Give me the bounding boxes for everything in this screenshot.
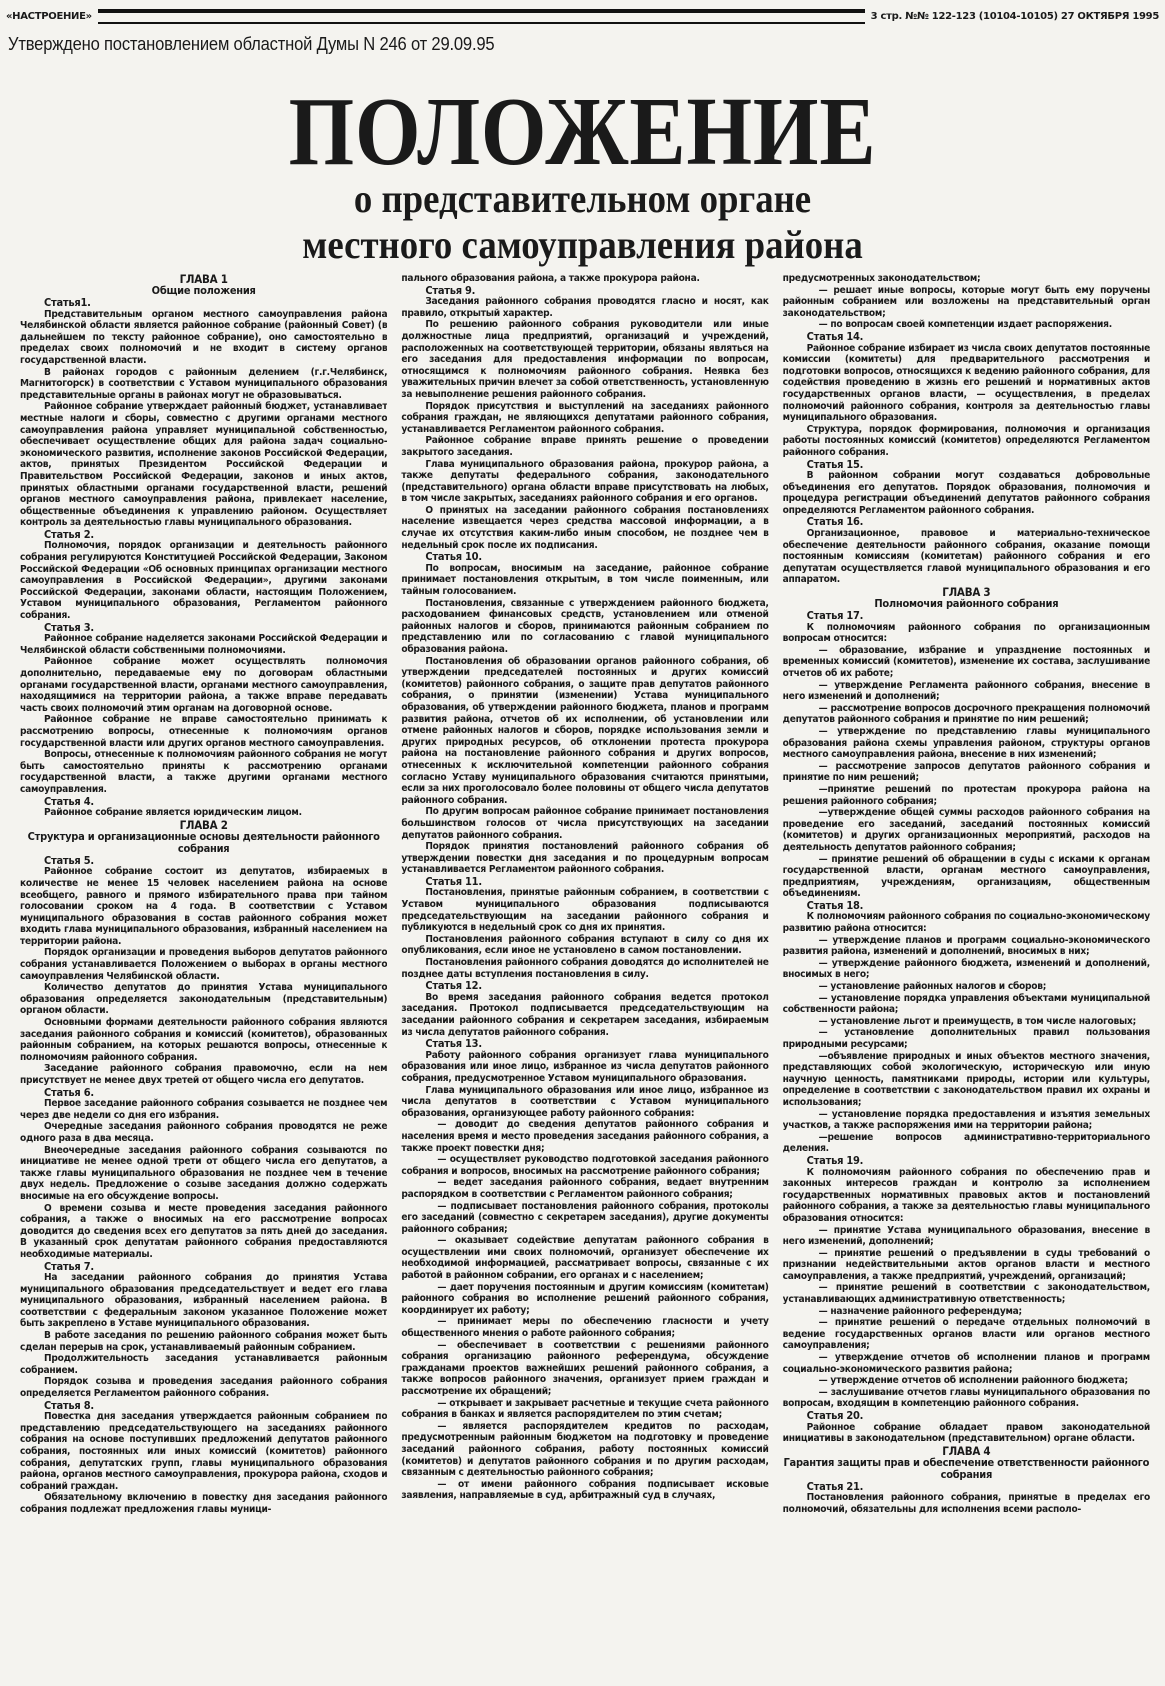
- chapter-title: Структура и организационные основы деяте…: [20, 831, 387, 855]
- paragraph: Во время заседания районного собрания ве…: [401, 992, 768, 1038]
- paragraph: Обязательному включению в повестку дня з…: [20, 1492, 387, 1515]
- article-heading: Статья 14.: [783, 331, 1150, 343]
- list-item: — установление районных налогов и сборов…: [783, 981, 1150, 993]
- paragraph: В районах городов с районным делением (г…: [20, 367, 387, 402]
- paragraph: Работу районного собрания организует гла…: [401, 1050, 768, 1085]
- paragraph: Районное собрание может осуществлять пол…: [20, 656, 387, 714]
- paragraph: О принятых на заседании районного собран…: [401, 505, 768, 551]
- paragraph: Структура, порядок формирования, полномо…: [783, 424, 1150, 459]
- masthead: «НАСТРОЕНИЕ» 3 стр. №№ 122-123 (10104-10…: [6, 6, 1159, 26]
- article-heading: Статья 3.: [20, 622, 387, 634]
- list-item: — рассмотрение запросов депутатов районн…: [783, 761, 1150, 784]
- article-heading: Статья 6.: [20, 1087, 387, 1099]
- paragraph: В районном собрании могут создаваться до…: [783, 470, 1150, 516]
- list-item: — установление дополнительных правил пол…: [783, 1027, 1150, 1050]
- column-1: ГЛАВА 1Общие положенияСтатья1.Представит…: [20, 273, 387, 1673]
- article-heading: Статья 20.: [783, 1410, 1150, 1422]
- paragraph-continued: предусмотренных законодательством;: [783, 273, 1150, 285]
- paragraph: Постановления, связанные с утверждением …: [401, 598, 768, 656]
- paragraph: Порядок созыва и проведения заседания ра…: [20, 1376, 387, 1399]
- paragraph: Районное собрание избирает из числа свои…: [783, 343, 1150, 424]
- list-item: — принимает меры по обеспечению гласност…: [401, 1316, 768, 1339]
- paragraph: К полномочиям районного собрания по соци…: [783, 911, 1150, 934]
- paragraph: Постановления, принятые районным собрани…: [401, 887, 768, 933]
- list-item: — ведет заседания районного собрания, ве…: [401, 1177, 768, 1200]
- paragraph: Порядок организации и проведения выборов…: [20, 947, 387, 982]
- paragraph: Глава муниципального образования района,…: [401, 459, 768, 505]
- paragraph: Очередные заседания районного собрания п…: [20, 1121, 387, 1144]
- list-item: — доводит до сведения депутатов районног…: [401, 1119, 768, 1154]
- article-heading: Статья1.: [20, 297, 387, 309]
- paragraph: Районное собрание наделяется законами Ро…: [20, 633, 387, 656]
- list-item: — утверждение планов и программ социальн…: [783, 935, 1150, 958]
- masthead-rule: [98, 9, 865, 24]
- list-item: — открывает и закрывает расчетные и теку…: [401, 1398, 768, 1421]
- article-heading: Статья 10.: [401, 551, 768, 563]
- list-item: — утверждение по представлению главы мун…: [783, 726, 1150, 761]
- paragraph: Глава муниципального образования или ино…: [401, 1085, 768, 1120]
- article-heading: Статья 4.: [20, 796, 387, 808]
- list-item: — утверждение отчетов об исполнении план…: [783, 1352, 1150, 1375]
- paragraph: Постановления районного собрания, принят…: [783, 1492, 1150, 1515]
- list-item: — утверждение отчетов об исполнении райо…: [783, 1375, 1150, 1387]
- article-heading: Статья 15.: [783, 459, 1150, 471]
- list-item: — установление порядка предоставления и …: [783, 1109, 1150, 1132]
- list-item: — обеспечивает в соответствии с решениям…: [401, 1340, 768, 1398]
- list-item: — принятие решений в соответствии с зако…: [783, 1282, 1150, 1305]
- list-item: —объявление природных и иных объектов ме…: [783, 1051, 1150, 1109]
- paragraph: Представительным органом местного самоуп…: [20, 309, 387, 367]
- paragraph: Постановления районного собрания вступаю…: [401, 934, 768, 957]
- paragraph: Повестка дня заседания утверждается райо…: [20, 1411, 387, 1492]
- column-3: предусмотренных законодательством;— реша…: [783, 273, 1150, 1673]
- paragraph: По другим вопросам районное собрание при…: [401, 806, 768, 841]
- list-item: — назначение районного референдума;: [783, 1306, 1150, 1318]
- list-item: — принятие решений о предъявлении в суды…: [783, 1248, 1150, 1283]
- list-item: — рассмотрение вопросов досрочного прекр…: [783, 703, 1150, 726]
- article-heading: Статья 12.: [401, 980, 768, 992]
- paragraph: Районное собрание состоит из депутатов, …: [20, 866, 387, 947]
- paragraph: Количество депутатов до принятия Устава …: [20, 982, 387, 1017]
- paragraph: Первое заседание районного собрания созы…: [20, 1098, 387, 1121]
- paragraph: Районное собрание утверждает районный бю…: [20, 401, 387, 529]
- paragraph: К полномочиям районного собрания по орга…: [783, 622, 1150, 645]
- chapter-title: Гарантия защиты прав и обеспечение ответ…: [783, 1457, 1150, 1481]
- paragraph: Заседание районного собрания правомочно,…: [20, 1063, 387, 1086]
- list-item: — установление льгот и преимуществ, в то…: [783, 1016, 1150, 1028]
- paragraph-continued: пального образования района, а также про…: [401, 273, 768, 285]
- paragraph: О времени созыва и месте проведения засе…: [20, 1203, 387, 1261]
- paragraph: Районное собрание является юридическим л…: [20, 807, 387, 819]
- issue-info: 3 стр. №№ 122-123 (10104-10105) 27 ОКТЯБ…: [871, 11, 1159, 22]
- chapter-heading: ГЛАВА 2: [20, 819, 387, 831]
- article-heading: Статья 11.: [401, 876, 768, 888]
- paragraph: Постановления районного собрания доводят…: [401, 957, 768, 980]
- paragraph: К полномочиям районного собрания по обес…: [783, 1167, 1150, 1225]
- list-item: — образование, избрание и упразднение по…: [783, 645, 1150, 680]
- headline-subtitle-2: местного самоуправления района: [47, 222, 1119, 268]
- article-heading: Статья 7.: [20, 1261, 387, 1273]
- list-item: — является распорядителем кредитов по ра…: [401, 1421, 768, 1479]
- list-item: — принятие решений о передаче отдельных …: [783, 1317, 1150, 1352]
- list-item: — подписывает постановления районного со…: [401, 1201, 768, 1236]
- list-item: — принятие решений об обращении в суды с…: [783, 854, 1150, 900]
- column-2: пального образования района, а также про…: [401, 273, 768, 1673]
- paragraph: На заседании районного собрания до приня…: [20, 1272, 387, 1330]
- article-heading: Статья 5.: [20, 855, 387, 867]
- list-item: —принятие решений по протестам прокурора…: [783, 784, 1150, 807]
- list-item: —утверждение общей суммы расходов районн…: [783, 807, 1150, 853]
- paragraph: Полномочия, порядок организации и деятел…: [20, 540, 387, 621]
- paragraph: Порядок присутствия и выступлений на зас…: [401, 401, 768, 436]
- headline-main: ПОЛОЖЕНИЕ: [82, 88, 1084, 176]
- list-item: — заслушивание отчетов главы муниципальн…: [783, 1387, 1150, 1410]
- paragraph: Внеочередные заседания районного собрани…: [20, 1145, 387, 1203]
- approval-line: Утверждено постановлением областной Думы…: [8, 34, 494, 55]
- article-heading: Статья 13.: [401, 1038, 768, 1050]
- list-item: — принятие Устава муниципального образов…: [783, 1225, 1150, 1248]
- article-heading: Статья 21.: [783, 1481, 1150, 1493]
- list-item: — утверждение Регламента районного собра…: [783, 680, 1150, 703]
- headline-subtitle-1: о представительном органе: [47, 176, 1119, 222]
- article-heading: Статья 18.: [783, 900, 1150, 912]
- paragraph: Заседания районного собрания проводятся …: [401, 296, 768, 319]
- paragraph: Основными формами деятельности районного…: [20, 1017, 387, 1063]
- paragraph: В работе заседания по решению районного …: [20, 1330, 387, 1353]
- list-item: — дает поручения постоянным и другим ком…: [401, 1282, 768, 1317]
- paragraph: Районное собрание вправе принять решение…: [401, 435, 768, 458]
- list-item: — установление порядка управления объект…: [783, 993, 1150, 1016]
- list-item: — от имени районного собрания подписывае…: [401, 1479, 768, 1502]
- article-heading: Статья 9.: [401, 285, 768, 297]
- paragraph: Постановления об образовании органов рай…: [401, 656, 768, 807]
- article-heading: Статья 16.: [783, 516, 1150, 528]
- chapter-heading: ГЛАВА 4: [783, 1445, 1150, 1457]
- article-heading: Статья 2.: [20, 529, 387, 541]
- list-item: — решает иные вопросы, которые могут быт…: [783, 285, 1150, 320]
- list-item: — осуществляет руководство подготовкой з…: [401, 1154, 768, 1177]
- article-heading: Статья 17.: [783, 610, 1150, 622]
- paragraph: Порядок принятия постановлений районного…: [401, 841, 768, 876]
- list-item: —решение вопросов административно-террит…: [783, 1132, 1150, 1155]
- paragraph: Продолжительность заседания устанавливае…: [20, 1353, 387, 1376]
- list-item: — оказывает содействие депутатам районно…: [401, 1235, 768, 1281]
- list-item: — утверждение районного бюджета, изменен…: [783, 958, 1150, 981]
- paragraph: Организационное, правовое и материально-…: [783, 528, 1150, 586]
- article-heading: Статья 8.: [20, 1400, 387, 1412]
- paragraph: По вопросам, вносимым на заседание, райо…: [401, 563, 768, 598]
- article-heading: Статья 19.: [783, 1155, 1150, 1167]
- paragraph: Районное собрание обладает правом законо…: [783, 1422, 1150, 1445]
- article-body: ГЛАВА 1Общие положенияСтатья1.Представит…: [20, 273, 1150, 1673]
- paragraph: По решению районного собрания руководите…: [401, 319, 768, 400]
- newspaper-name: «НАСТРОЕНИЕ»: [6, 11, 92, 22]
- paragraph: Районное собрание не вправе самостоятель…: [20, 714, 387, 749]
- paragraph: Вопросы, отнесенные к полномочиям районн…: [20, 749, 387, 795]
- headline: ПОЛОЖЕНИЕ о представительном органе мест…: [0, 88, 1165, 268]
